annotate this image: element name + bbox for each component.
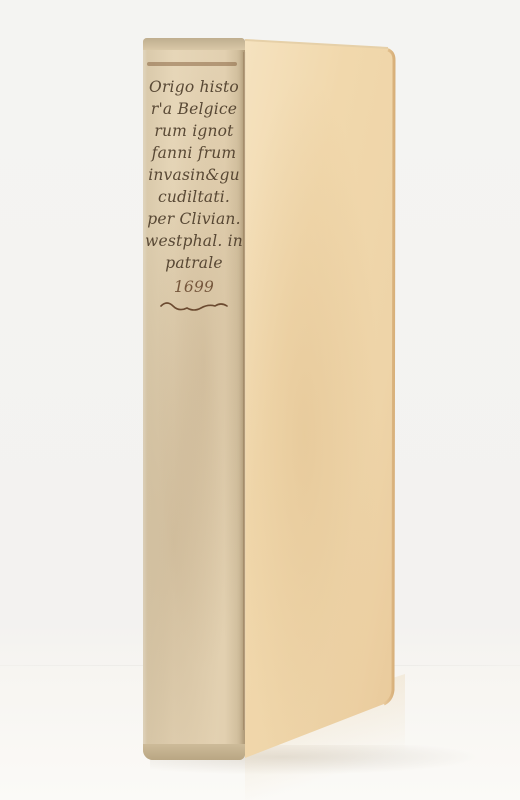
title-line: Origo histo xyxy=(149,76,239,98)
spine-hinge xyxy=(243,52,246,730)
title-line: patrale xyxy=(165,252,223,274)
spine-year: 1699 xyxy=(174,276,214,298)
title-line: invasin&gu xyxy=(148,164,240,186)
spine-tail xyxy=(143,744,245,760)
title-line: r'a Belgice xyxy=(151,98,237,120)
title-line: per Clivian. xyxy=(147,208,240,230)
book-spine: Origo histo r'a Belgice rum ignot fanni … xyxy=(143,38,245,760)
spine-headcap xyxy=(143,38,245,50)
title-line: westphal. in xyxy=(145,230,243,252)
title-line: rum ignot xyxy=(154,120,233,142)
spine-ink-band xyxy=(147,62,237,66)
book-front-cover xyxy=(0,0,520,800)
ink-flourish-icon xyxy=(157,300,231,314)
spine-handwritten-title: Origo histo r'a Belgice rum ignot fanni … xyxy=(147,76,241,298)
title-line: cudiltati. xyxy=(158,186,230,208)
title-line: fanni frum xyxy=(152,142,237,164)
